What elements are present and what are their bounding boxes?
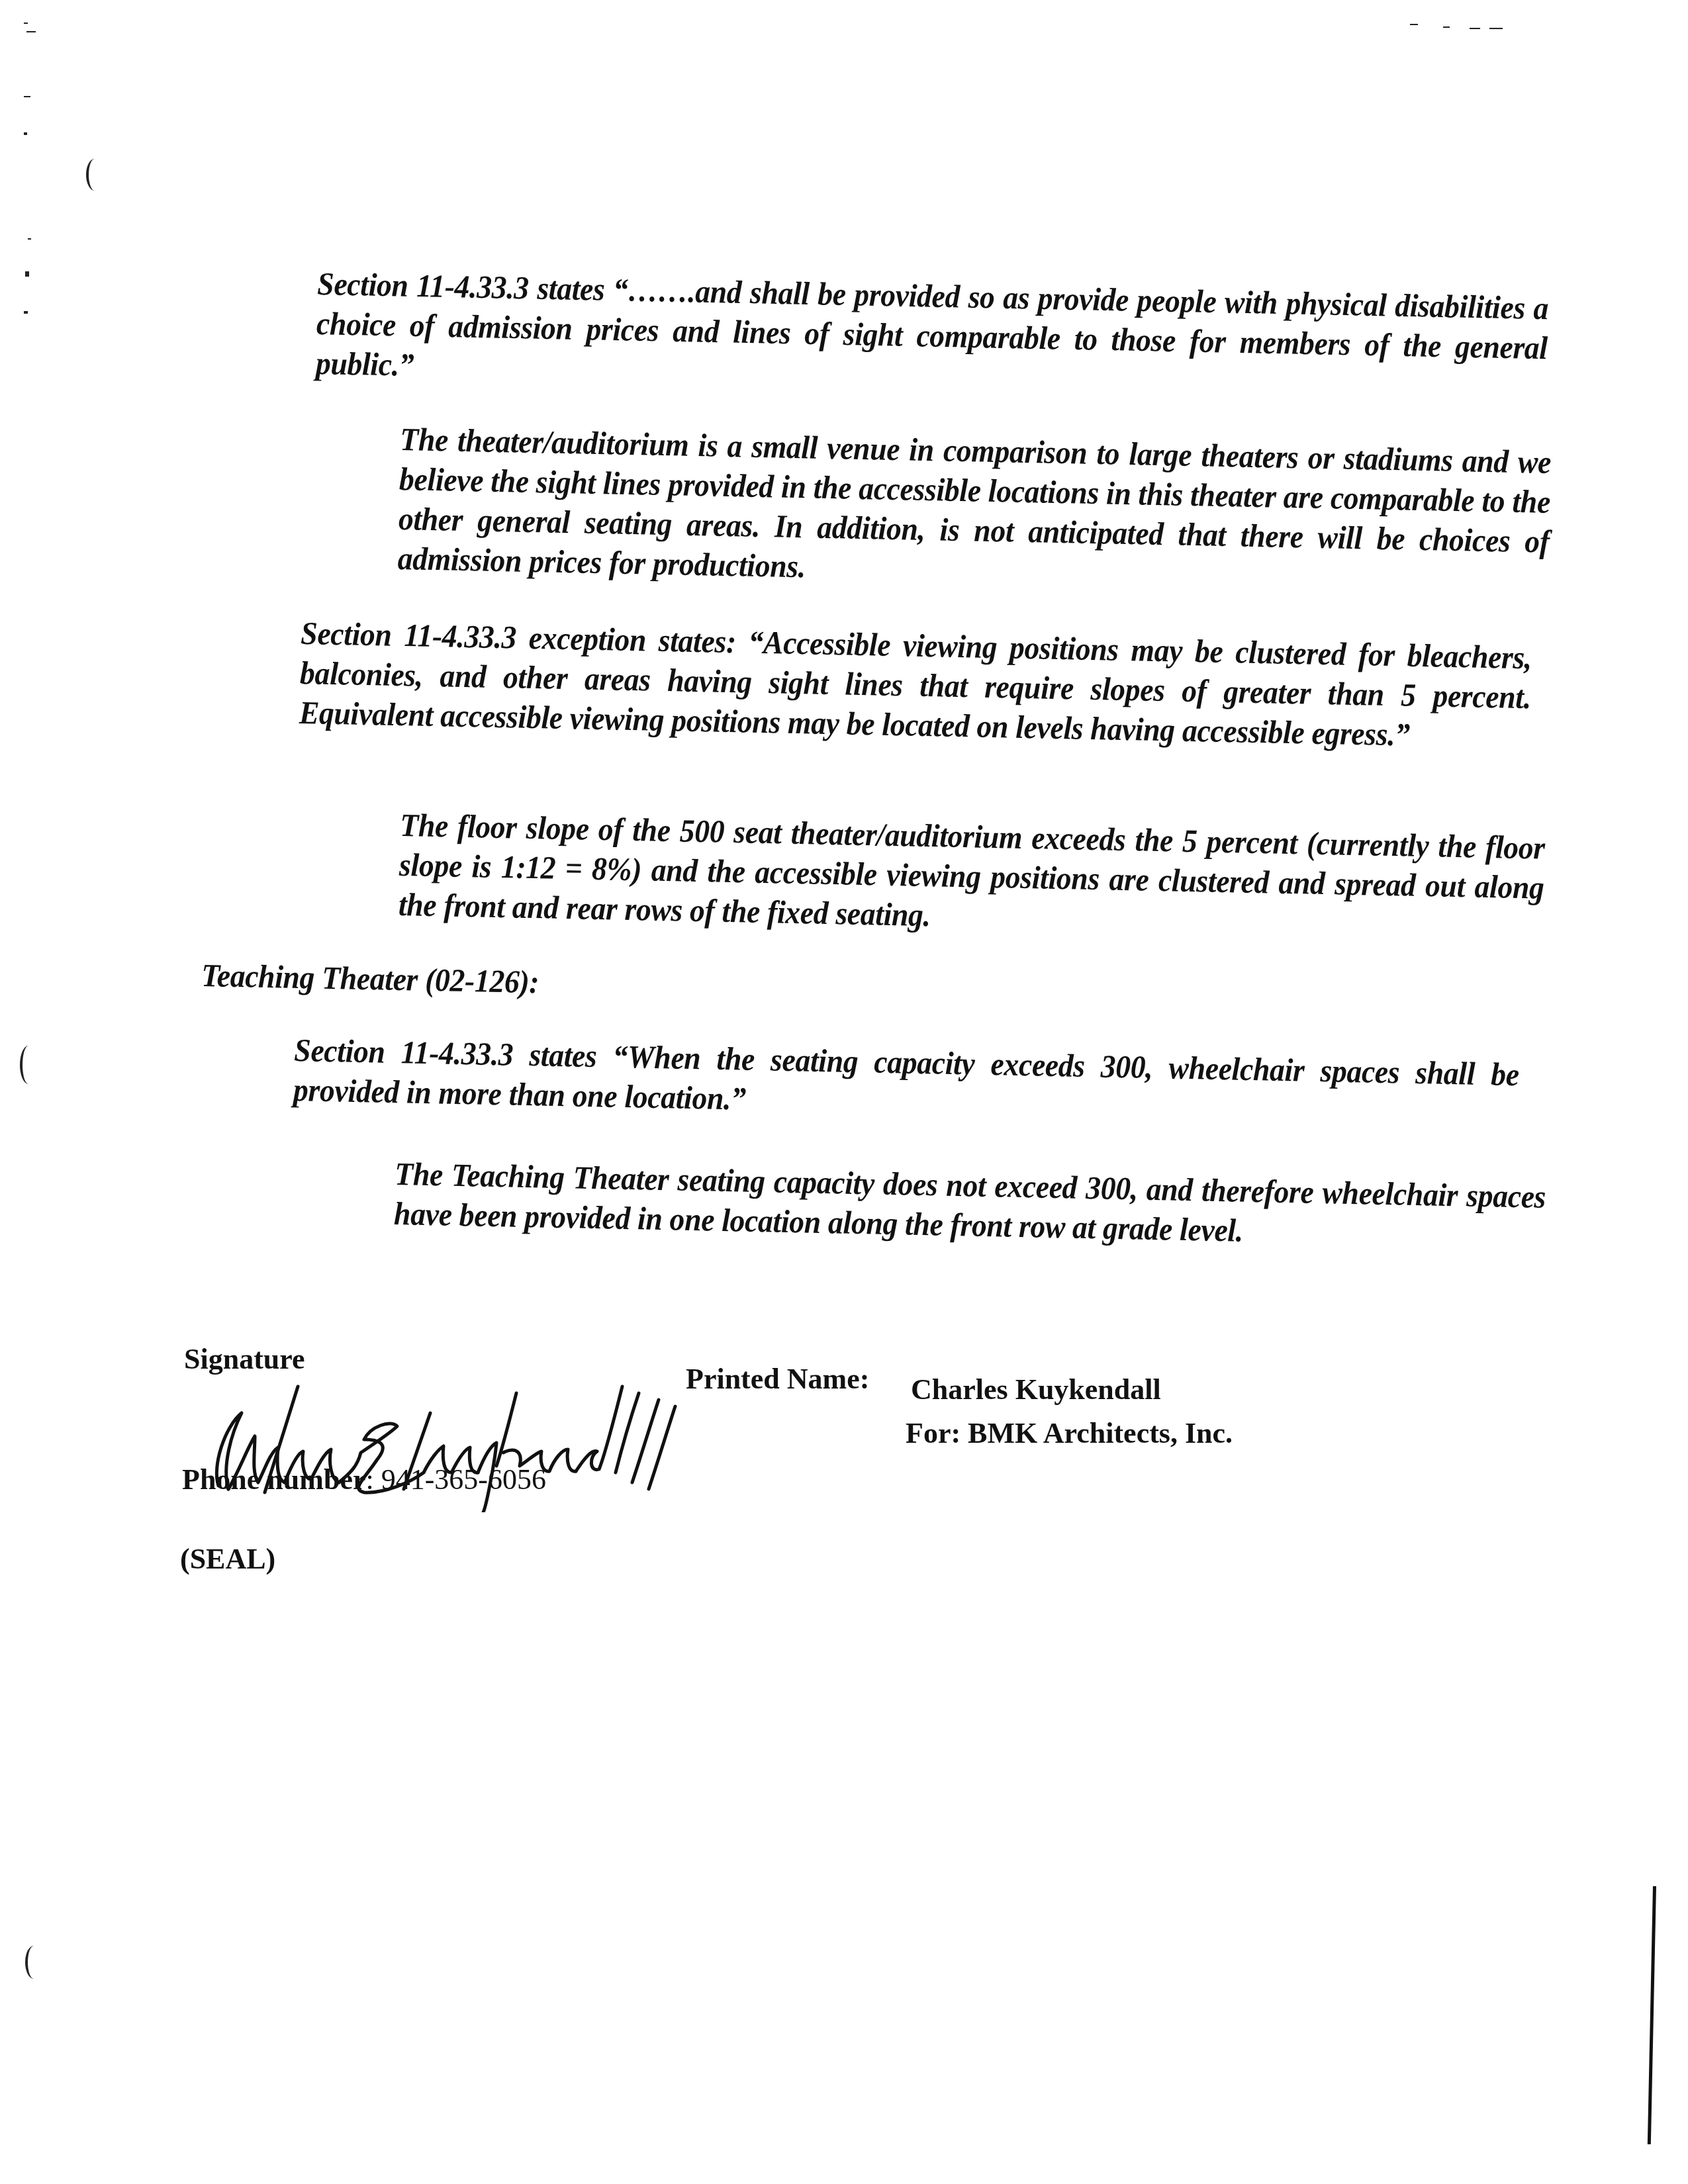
phone-number-value: : 941-365-6056 bbox=[365, 1463, 546, 1496]
scan-speck bbox=[1489, 28, 1503, 29]
section-quote-paragraph: Section 11-4.33.3 states “…….and shall b… bbox=[315, 264, 1548, 408]
document-page: Section 11-4.33.3 states “…….and shall b… bbox=[0, 0, 1688, 2184]
scan-speck bbox=[1443, 26, 1450, 28]
scan-speck bbox=[24, 23, 28, 24]
hole-punch-mark bbox=[86, 159, 103, 191]
hole-punch-mark bbox=[20, 1046, 37, 1084]
phone-number-line: Phone number: 941-365-6056 bbox=[182, 1463, 546, 1497]
response-paragraph: The theater/auditorium is a small venue … bbox=[397, 420, 1552, 602]
scan-speck bbox=[28, 238, 31, 240]
scan-edge-line bbox=[1648, 1886, 1656, 2144]
printed-name-value: Charles Kuykendall bbox=[911, 1373, 1161, 1407]
section-quote-paragraph: Section 11-4.33.3 states “When the seati… bbox=[293, 1030, 1520, 1134]
scan-speck bbox=[1410, 24, 1418, 25]
scan-speck bbox=[24, 96, 30, 97]
printed-name-label: Printed Name: bbox=[686, 1362, 869, 1396]
teaching-theater-heading: Teaching Theater (02-126): bbox=[201, 956, 818, 1008]
scan-speck bbox=[24, 311, 28, 314]
phone-number-label: Phone number bbox=[182, 1463, 365, 1496]
company-line: For: BMK Architects, Inc. bbox=[906, 1416, 1233, 1451]
seal-label: (SEAL) bbox=[180, 1542, 275, 1576]
scan-speck bbox=[26, 31, 36, 32]
scan-speck bbox=[1470, 28, 1480, 29]
response-paragraph: The floor slope of the 500 seat theater/… bbox=[398, 805, 1545, 948]
hole-punch-mark bbox=[25, 1946, 42, 1979]
scan-speck bbox=[25, 271, 29, 277]
response-paragraph: The Teaching Theater seating capacity do… bbox=[394, 1154, 1546, 1257]
section-exception-paragraph: Section 11-4.33.3 exception states: “Acc… bbox=[299, 614, 1532, 757]
scan-speck bbox=[24, 132, 27, 135]
signature-label: Signature bbox=[184, 1342, 305, 1377]
